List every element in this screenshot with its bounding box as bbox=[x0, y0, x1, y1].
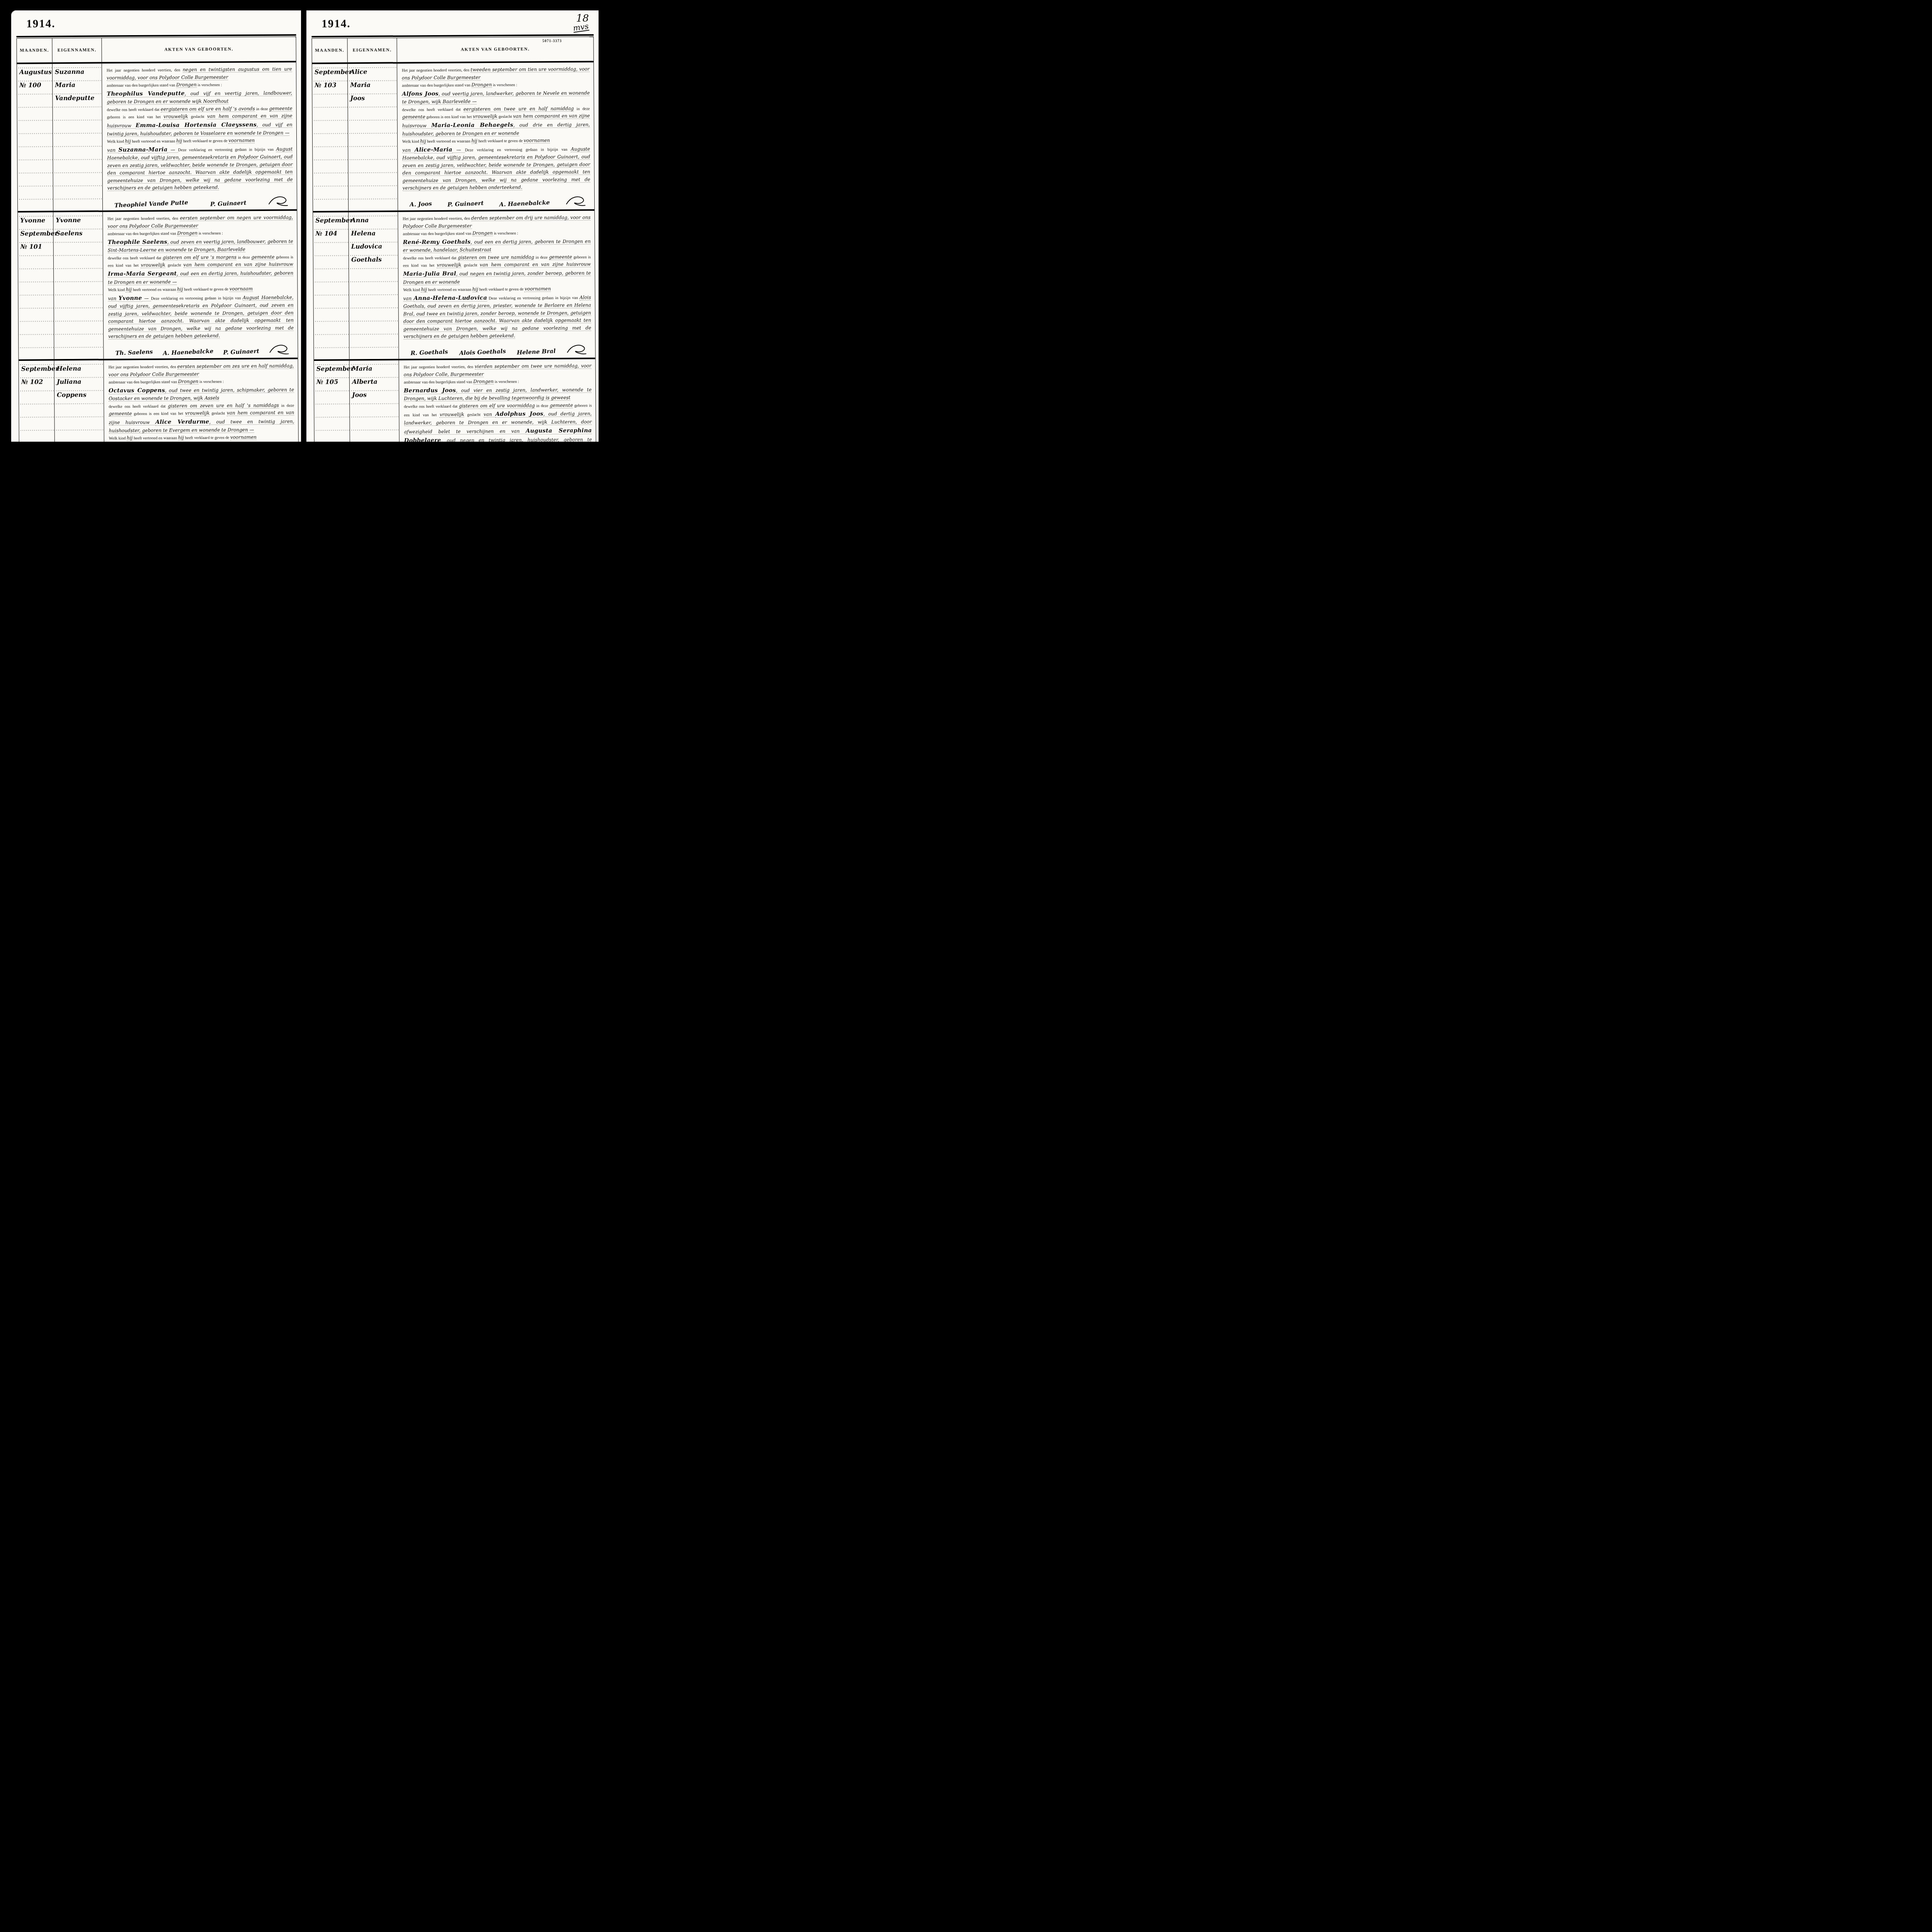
column-header-names: EIGENNAMEN. bbox=[347, 38, 397, 63]
printed-text: Het jaar negentien honderd veertien, den bbox=[404, 365, 475, 369]
name-line: Coppens bbox=[57, 388, 102, 402]
handwritten-text: Alice Verdurme bbox=[155, 418, 209, 426]
handwritten-text: eergisteren om elf ure en half 's avonds bbox=[161, 106, 255, 112]
act-text: Het jaar negentien honderd veertien, den… bbox=[404, 362, 592, 442]
name-line: Helena bbox=[351, 227, 396, 240]
printed-text: geslacht bbox=[188, 115, 207, 119]
printed-text: Het jaar negentien honderd veertien, den bbox=[402, 68, 471, 73]
handwritten-text: voornamen bbox=[524, 138, 550, 143]
act-text: Het jaar negentien honderd veertien, den… bbox=[107, 66, 293, 192]
printed-text: Het jaar negentien honderd veertien, den bbox=[403, 216, 471, 221]
signature: P. Guinaert bbox=[223, 346, 260, 357]
birth-record: September№ 105MariaAlbertaJoosHet jaar n… bbox=[314, 357, 597, 442]
signature: P. Guinaert bbox=[447, 198, 484, 209]
page-content: 1914.MAANDEN.EIGENNAMEN.AKTEN VAN GEBOOR… bbox=[306, 10, 599, 442]
month-line: № 100 bbox=[19, 78, 51, 92]
printed-text: is verschenen : bbox=[197, 231, 223, 236]
year-title: 1914. bbox=[321, 16, 594, 30]
handwritten-text: voornamen bbox=[525, 286, 551, 292]
printed-text: ambtenaar van den burgerlijken stand van bbox=[108, 231, 177, 236]
printed-text: heeft vertoond en waaraan bbox=[427, 287, 472, 292]
handwritten-text: hij bbox=[177, 286, 183, 292]
handwritten-text: Theophile Saelens bbox=[108, 238, 167, 246]
handwritten-text: gemeente bbox=[269, 105, 292, 111]
handwritten-text: Anna-Helena-Ludovica bbox=[413, 294, 487, 302]
handwritten-text: hij bbox=[178, 435, 184, 440]
signature: A. Joos bbox=[410, 199, 432, 209]
month-cell: September№ 105 bbox=[314, 361, 351, 442]
handwritten-text: — bbox=[452, 147, 465, 153]
printed-text: dewelke ons heeft verklaard dat bbox=[402, 107, 464, 112]
handwritten-text: hij bbox=[127, 435, 133, 441]
page-right: 1914.MAANDEN.EIGENNAMEN.AKTEN VAN GEBOOR… bbox=[306, 10, 599, 442]
printed-text: dewelke ons heeft verklaard dat bbox=[108, 256, 163, 260]
name-line: Maria bbox=[352, 362, 397, 376]
month-line: № 104 bbox=[315, 227, 347, 240]
page-content: 1914.MAANDEN.EIGENNAMEN.AKTEN VAN GEBOOR… bbox=[11, 10, 301, 442]
act-text: Het jaar negentien honderd veertien, den… bbox=[107, 214, 294, 341]
column-header-acts: AKTEN VAN GEBOORTEN. bbox=[102, 37, 296, 62]
handwritten-text: Emma-Louisa Hortensia Claeyssens bbox=[136, 121, 257, 129]
mayor-signature-flourish bbox=[566, 343, 587, 356]
handwritten-text: hij bbox=[176, 138, 182, 144]
month-line: Yvonne bbox=[20, 214, 51, 227]
printed-text: in deze bbox=[255, 107, 269, 111]
mayor-signature-flourish bbox=[269, 343, 290, 356]
printed-text: geboren is een kind van het bbox=[425, 115, 473, 120]
month-line: № 105 bbox=[316, 375, 348, 388]
birth-record: YvonneSeptember№ 101YvonneSaelensHet jaa… bbox=[18, 209, 298, 359]
month-cell: September№ 103 bbox=[312, 64, 349, 211]
printed-text: geslacht bbox=[464, 413, 483, 417]
printed-text: in deze bbox=[535, 404, 550, 408]
name-line: Joos bbox=[352, 388, 397, 402]
handwritten-text: van bbox=[402, 147, 415, 153]
handwritten-text: gemeente bbox=[251, 254, 274, 260]
printed-text: Welk kind bbox=[403, 288, 421, 292]
printed-text: in deze bbox=[279, 403, 294, 408]
month-line: № 103 bbox=[315, 78, 346, 92]
printed-text: ambtenaar van den burgerlijken stand van bbox=[107, 83, 176, 88]
printed-text: heeft verklaard te geven de bbox=[184, 436, 230, 440]
printed-text: geboren is een kind van het bbox=[132, 412, 185, 417]
printed-text: in deze bbox=[534, 255, 549, 260]
act-cell: Het jaar negentien honderd veertien, den… bbox=[102, 62, 297, 210]
names-cell: YvonneSaelens bbox=[53, 212, 104, 359]
names-cell: AliceMariaJoos bbox=[348, 64, 398, 211]
names-cell: SuzannaMariaVandeputte bbox=[53, 64, 103, 211]
handwritten-text: Drongen bbox=[471, 82, 492, 88]
month-line: September bbox=[315, 65, 346, 78]
act-text: Het jaar negentien honderd veertien, den… bbox=[403, 214, 591, 340]
records: Augustus№ 100SuzannaMariaVandeputteHet j… bbox=[17, 62, 299, 442]
printed-text: heeft vertoond en waaraan bbox=[131, 139, 176, 144]
column-header-month: MAANDEN. bbox=[17, 38, 52, 63]
handwritten-text: gisteren om zeven ure en half 's namidda… bbox=[168, 403, 279, 409]
column-header-month: MAANDEN. bbox=[312, 38, 347, 63]
printed-text: is verschenen : bbox=[199, 380, 224, 384]
act-cell: Het jaar negentien honderd veertien, den… bbox=[398, 211, 595, 359]
printed-text: ambtenaar van den burgerlijken stand van bbox=[404, 380, 473, 384]
handwritten-text: Alfons Joos bbox=[402, 90, 439, 98]
handwritten-text: vrouwelijk bbox=[437, 262, 461, 268]
handwritten-text: Drongen bbox=[176, 82, 197, 88]
handwritten-text: Irma-Maria Sergeant bbox=[108, 270, 177, 277]
handwritten-text: gemeente bbox=[549, 254, 572, 260]
handwritten-text: hij bbox=[421, 287, 427, 293]
name-line: Helena bbox=[57, 362, 102, 376]
name-line: Saelens bbox=[56, 227, 101, 240]
printed-text: heeft verklaard te geven de bbox=[183, 287, 230, 292]
names-cell: HelenaJulianaCoppens bbox=[54, 361, 105, 442]
printed-text: is verschenen : bbox=[492, 83, 517, 87]
month-cell: September№ 102 bbox=[19, 361, 55, 442]
handwritten-text: van bbox=[108, 296, 119, 301]
printed-text: geslacht bbox=[165, 264, 184, 268]
act-text: Het jaar negentien honderd veertien, den… bbox=[109, 362, 295, 442]
records: September№ 103AliceMariaJoosHet jaar neg… bbox=[312, 62, 597, 442]
names-cell: MariaAlbertaJoos bbox=[350, 361, 400, 442]
name-line: Maria bbox=[350, 78, 395, 92]
handwritten-text: gisteren om elf ure 's morgens bbox=[163, 254, 236, 260]
month-cell: Augustus№ 100 bbox=[17, 64, 53, 211]
name-line: Juliana bbox=[57, 375, 102, 389]
page-left: 1914.MAANDEN.EIGENNAMEN.AKTEN VAN GEBOOR… bbox=[11, 10, 301, 442]
handwritten-text: vrouwelijk bbox=[185, 410, 210, 416]
signature: Helene Bral bbox=[517, 346, 556, 357]
act-cell: Het jaar negentien honderd veertien, den… bbox=[103, 211, 298, 359]
handwritten-text: voornamen bbox=[228, 138, 255, 143]
name-line: Ludovica bbox=[351, 240, 396, 253]
name-line: Vandeputte bbox=[55, 92, 100, 105]
handwritten-text: — bbox=[142, 295, 151, 301]
handwritten-text: Drongen bbox=[177, 230, 197, 236]
month-cell: September№ 104 bbox=[313, 212, 349, 359]
column-header-names: EIGENNAMEN. bbox=[52, 38, 102, 63]
name-line: Alberta bbox=[352, 375, 397, 389]
handwritten-text: Bernardus Joos bbox=[404, 387, 456, 394]
handwritten-text: Maria-Leonia Behaegels bbox=[431, 122, 513, 129]
month-line: September bbox=[20, 227, 51, 240]
printed-text: heeft verklaard te geven de bbox=[182, 139, 228, 144]
printed-text: dewelke ons heeft verklaard dat bbox=[403, 256, 458, 260]
printed-text: Deze verklaring en vertooning gedaan in … bbox=[487, 296, 580, 300]
handwritten-text: Yvonne bbox=[119, 295, 142, 302]
mayor-signature-flourish bbox=[268, 195, 289, 208]
birth-record: September№ 102HelenaJulianaCoppensHet ja… bbox=[19, 357, 299, 442]
printed-text: geboren is een kind van het bbox=[107, 115, 164, 120]
printed-text: ambtenaar van den burgerlijken stand van bbox=[403, 231, 473, 236]
column-header-acts: AKTEN VAN GEBOORTEN. bbox=[397, 37, 593, 62]
printed-text: heeft verklaard te geven de bbox=[477, 139, 524, 144]
names-cell: AnnaHelenaLudovicaGoethals bbox=[349, 212, 399, 359]
printed-text: heeft vertoond en waaraan bbox=[132, 287, 177, 292]
printed-text: is verschenen : bbox=[494, 380, 519, 384]
handwritten-text: van hem comparant en van zijne huisvrouw bbox=[184, 262, 294, 268]
printed-text: in deze bbox=[236, 255, 252, 260]
printed-text: Deze verklaring en vertooning gedaan in … bbox=[465, 147, 571, 152]
act-text: Het jaar negentien honderd veertien, den… bbox=[402, 66, 590, 192]
name-line: Yvonne bbox=[56, 214, 101, 227]
printed-text: Het jaar negentien honderd veertien, den bbox=[107, 216, 180, 221]
printed-text: Welk kind bbox=[107, 139, 125, 144]
scan-root: 1914.MAANDEN.EIGENNAMEN.AKTEN VAN GEBOOR… bbox=[0, 0, 611, 459]
printed-text: Welk kind bbox=[402, 139, 420, 144]
corner-annotation-initials: mvs bbox=[573, 22, 589, 32]
signature: P. Guinaert bbox=[210, 198, 247, 209]
printed-text: geslacht bbox=[497, 115, 513, 119]
signature: Alois Goethals bbox=[459, 346, 506, 357]
printed-text: ambtenaar van den burgerlijken stand van bbox=[109, 380, 178, 384]
handwritten-text: Drongen bbox=[473, 379, 494, 384]
name-line: Alice bbox=[350, 65, 395, 79]
printed-text: Het jaar negentien honderd veertien, den bbox=[109, 365, 177, 369]
handwritten-text: van bbox=[403, 296, 414, 301]
birth-record: Augustus№ 100SuzannaMariaVandeputteHet j… bbox=[17, 62, 297, 211]
handwritten-text: gisteren om twee ure namiddag bbox=[458, 254, 534, 260]
handwritten-text: hij bbox=[125, 138, 131, 144]
printed-text: Welk kind bbox=[108, 288, 126, 292]
handwritten-text: Adolphus Joos bbox=[495, 411, 543, 418]
handwritten-text: hij bbox=[126, 287, 132, 293]
name-line: Anna bbox=[351, 214, 396, 227]
handwritten-text: eergisteren om twee ure en half namiddag bbox=[463, 106, 574, 112]
month-line: № 101 bbox=[20, 240, 52, 253]
printed-text: heeft verklaard te geven de bbox=[478, 287, 525, 292]
handwritten-text: vrouwelijk bbox=[473, 114, 498, 119]
name-line: Goethals bbox=[351, 253, 396, 267]
name-line: Joos bbox=[350, 92, 395, 105]
signatures-row: Theophiel Vande PutteP. Guinaert bbox=[107, 195, 293, 209]
table-header: MAANDEN.EIGENNAMEN.AKTEN VAN GEBOORTEN. bbox=[16, 37, 296, 62]
handwritten-text: gisteren om elf ure voormiddag bbox=[459, 403, 535, 409]
printed-text: Het jaar negentien honderd veertien, den bbox=[107, 68, 183, 73]
month-line: Augustus bbox=[19, 65, 51, 78]
mayor-signature-flourish bbox=[566, 195, 587, 208]
corner-annotation: 18mvs bbox=[573, 14, 589, 32]
signature: A. Haenebalcke bbox=[163, 346, 214, 358]
signatures-row: R. GoethalsAlois GoethalsHelene Bral bbox=[403, 343, 591, 357]
printed-text: geslacht bbox=[461, 264, 480, 268]
handwritten-text: Maria-Julia Bral bbox=[403, 270, 456, 278]
handwritten-text: gemeente bbox=[109, 411, 132, 417]
handwritten-text: voornaam bbox=[230, 286, 253, 292]
handwritten-text: gemeente bbox=[402, 114, 425, 120]
signatures-row: Th. SaelensA. HaenebalckeP. Guinaert bbox=[108, 343, 294, 357]
handwritten-text: Suzanna-Maria bbox=[118, 146, 167, 153]
act-cell: Het jaar negentien honderd veertien, den… bbox=[104, 359, 299, 442]
act-cell: Het jaar negentien honderd veertien, den… bbox=[399, 359, 597, 442]
handwritten-text: Alice-Maria bbox=[415, 146, 452, 153]
printed-text: is verschenen : bbox=[493, 231, 518, 236]
printed-text: ambtenaar van den burgerlijken stand van bbox=[402, 83, 471, 88]
signature: A. Haenebalcke bbox=[499, 197, 550, 209]
printed-text: Deze verklaring en vertooning gedaan in … bbox=[178, 147, 276, 152]
handwritten-text: Theophilus Vandeputte bbox=[107, 90, 185, 97]
month-line: September bbox=[315, 214, 347, 227]
handwritten-text: hij bbox=[472, 286, 478, 292]
printed-text: heeft vertoond en waaraan bbox=[133, 436, 178, 440]
birth-record: September№ 103AliceMariaJoosHet jaar neg… bbox=[312, 62, 594, 211]
printed-text: geslacht bbox=[209, 412, 227, 416]
handwritten-text: hij bbox=[471, 138, 477, 144]
printed-text: dewelke ons heeft verklaard dat bbox=[109, 404, 168, 409]
printed-text: Deze verklaring en vertooning gedaan in … bbox=[151, 296, 243, 301]
handwritten-text: vrouwelijk bbox=[141, 262, 165, 268]
handwritten-text: — bbox=[168, 147, 178, 153]
signature: Th. Saelens bbox=[115, 347, 153, 358]
birth-record: September№ 104AnnaHelenaLudovicaGoethals… bbox=[313, 209, 595, 359]
printed-text: is verschenen : bbox=[197, 83, 222, 87]
printed-text: in deze bbox=[574, 107, 590, 111]
handwritten-text: hij bbox=[420, 138, 426, 144]
handwritten-text: Drongen bbox=[178, 379, 199, 384]
print-code: 5071-3373 bbox=[543, 39, 562, 43]
month-line: September bbox=[21, 362, 53, 375]
signature: R. Goethals bbox=[410, 347, 448, 358]
handwritten-text: voornamen bbox=[230, 434, 257, 440]
name-line: Maria bbox=[55, 78, 100, 92]
printed-text: heeft vertoond en waaraan bbox=[426, 139, 471, 144]
printed-text: Welk kind bbox=[109, 436, 127, 440]
handwritten-text: René-Remy Goethals bbox=[403, 238, 471, 246]
month-line: № 102 bbox=[21, 375, 53, 388]
act-cell: Het jaar negentien honderd veertien, den… bbox=[397, 62, 594, 210]
printed-text: dewelke ons heeft verklaard dat bbox=[404, 404, 459, 409]
month-line: September bbox=[316, 362, 348, 375]
signatures-row: A. JoosP. GuinaertA. Haenebalcke bbox=[403, 194, 590, 209]
handwritten-text: Octavus Coppens bbox=[109, 387, 165, 394]
name-line: Suzanna bbox=[55, 65, 100, 79]
handwritten-text: vrouwelijk bbox=[163, 114, 188, 120]
handwritten-text: van hem comparant en van zijne huisvrouw bbox=[480, 262, 591, 268]
month-cell: YvonneSeptember№ 101 bbox=[18, 212, 54, 359]
year-title: 1914. bbox=[26, 16, 296, 30]
handwritten-text: van bbox=[483, 412, 495, 417]
handwritten-text: gemeente bbox=[550, 403, 573, 408]
signature: Theophiel Vande Putte bbox=[114, 197, 189, 210]
handwritten-text: van bbox=[107, 147, 118, 153]
printed-text: dewelke ons heeft verklaard dat bbox=[107, 107, 161, 112]
handwritten-text: vrouwelijk bbox=[440, 412, 464, 418]
handwritten-text: Drongen bbox=[472, 230, 493, 236]
